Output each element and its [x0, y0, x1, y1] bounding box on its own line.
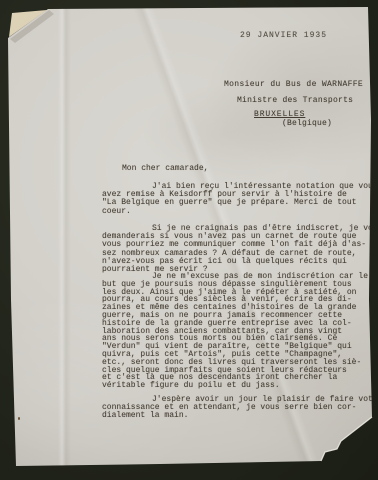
letter-paragraph-3: Je ne m'excuse pas de mon indiscrétion c…	[102, 273, 368, 390]
letter-date: 29 JANVIER 1935	[240, 31, 327, 40]
letter-salutation: Mon cher camarade,	[122, 164, 208, 173]
recipient-name: Monsieur du Bus de WARNAFFE	[224, 80, 363, 89]
letter-paragraph-4: J'espère avoir un jour le plaisir de fai…	[102, 396, 378, 421]
recipient-country: (Belgique)	[282, 119, 332, 128]
letter-paragraph-2: Si je ne craignais pas d'être indiscret,…	[102, 225, 378, 274]
letter-line: coeur.	[102, 208, 378, 216]
scanned-letter-page: 29 JANVIER 1935 Monsieur du Bus de WARNA…	[0, 0, 378, 480]
letter-line: "La Belgique en guerre" que je prépare. …	[102, 199, 378, 207]
letter-paper: 29 JANVIER 1935 Monsieur du Bus de WARNA…	[0, 0, 378, 480]
letter-line: véritable figure du poilu et du jass.	[102, 382, 368, 390]
recipient-title: Ministre des Transports	[237, 96, 353, 105]
recipient-city: BRUXELLES	[254, 110, 305, 119]
letter-line: dialement la main.	[102, 412, 378, 420]
letter-paragraph-1: J'ai bien reçu l'intéressante notation q…	[102, 183, 378, 216]
paper-speck	[18, 417, 20, 420]
